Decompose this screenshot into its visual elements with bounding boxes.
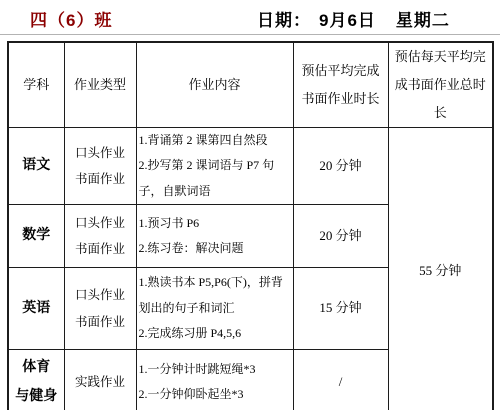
duration-cell: 20 分钟 xyxy=(293,205,388,268)
date-line: 日期：9月6日星期二 xyxy=(257,6,450,31)
homework-type-cell: 口头作业 书面作业 xyxy=(64,205,136,268)
document-header: 四（6）班 日期：9月6日星期二 xyxy=(0,0,500,34)
class-name: 四（6）班 xyxy=(30,6,112,31)
content-cell: 1.一分钟计时跳短绳*3 2.一分钟仰卧起坐*3 xyxy=(136,350,293,410)
subject-cell: 数学 xyxy=(8,205,64,268)
duration-cell: 15 分钟 xyxy=(293,268,388,350)
subject-cell: 语文 xyxy=(8,127,64,204)
duration-cell: 20 分钟 xyxy=(293,127,388,204)
homework-table: 学科 作业类型 作业内容 预估平均完成书面作业时长 预估每天平均完成书面作业总时… xyxy=(7,41,494,410)
homework-type-cell: 实践作业 xyxy=(64,350,136,410)
subject-cell: 体育 与健身 xyxy=(8,350,64,410)
date-value: 9月6日 xyxy=(319,11,376,30)
content-cell: 1.预习书 P6 2.练习卷：解决问题 xyxy=(136,205,293,268)
document-page: 四（6）班 日期：9月6日星期二 学科 作业类型 作业内容 预估平均完成书面作业… xyxy=(0,0,500,410)
table-row-chinese: 语文 口头作业 书面作业 1.背诵第 2 课第四自然段 2.抄写第 2 课词语与… xyxy=(8,127,493,204)
duration-cell: / xyxy=(293,350,388,410)
date-label: 日期： xyxy=(257,11,311,30)
column-header-daily-total: 预估每天平均完成书面作业总时长 xyxy=(388,42,493,127)
content-cell: 1.背诵第 2 课第四自然段 2.抄写第 2 课词语与 P7 句子，自默词语 xyxy=(136,127,293,204)
subject-cell: 英语 xyxy=(8,268,64,350)
content-cell: 1.熟读书本 P5,P6(下)，拼背划出的句子和词汇 2.完成练习册 P4,5,… xyxy=(136,268,293,350)
daily-total-cell: 55 分钟 xyxy=(388,127,493,410)
table-header-row: 学科 作业类型 作业内容 预估平均完成书面作业时长 预估每天平均完成书面作业总时… xyxy=(8,42,493,127)
column-header-subject: 学科 xyxy=(8,42,64,127)
header-divider xyxy=(0,34,500,35)
column-header-content: 作业内容 xyxy=(136,42,293,127)
column-header-duration: 预估平均完成书面作业时长 xyxy=(293,42,388,127)
weekday: 星期二 xyxy=(396,11,450,30)
column-header-homework-type: 作业类型 xyxy=(64,42,136,127)
homework-type-cell: 口头作业 书面作业 xyxy=(64,127,136,204)
homework-type-cell: 口头作业 书面作业 xyxy=(64,268,136,350)
